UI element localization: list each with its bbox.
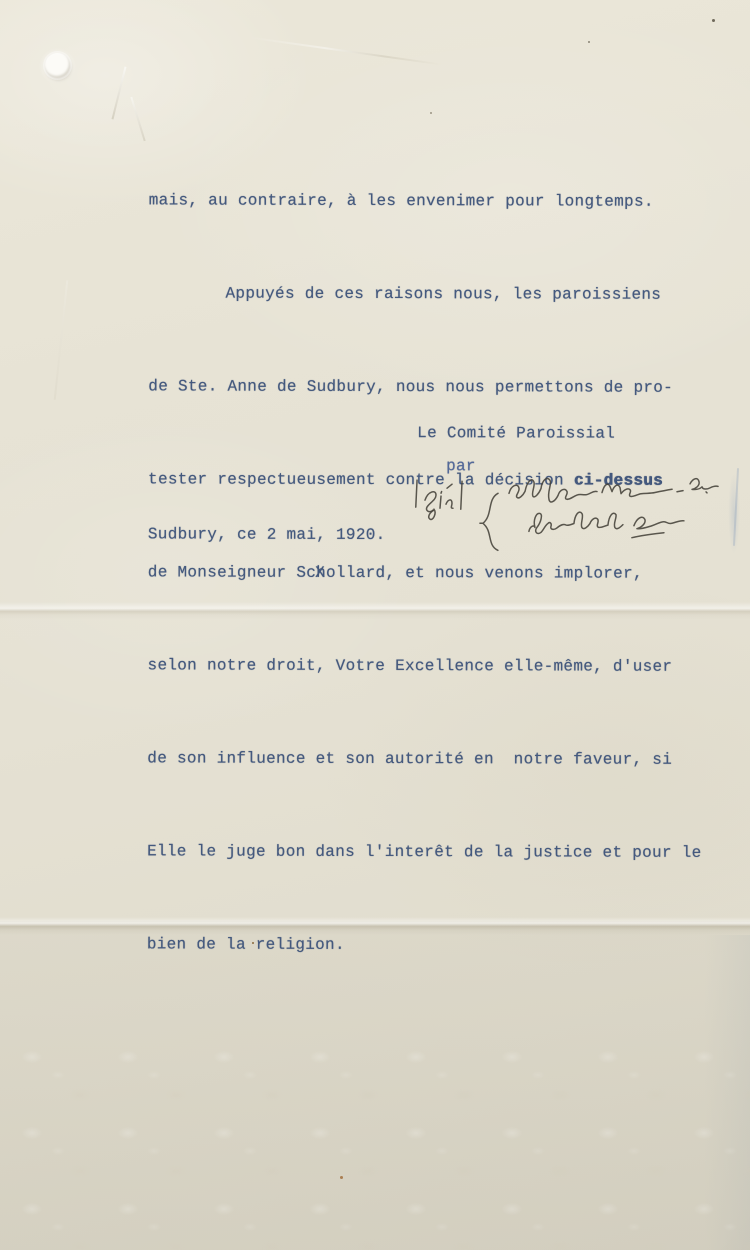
typed-line: Appuyés de ces raisons nous, les paroiss… [148,278,703,310]
typed-line: de Ste. Anne de Sudbury, nous nous perme… [148,371,703,403]
typed-text: ollard, et nous venons implorer, [326,564,643,583]
overstruck-character: hX [316,558,326,589]
typed-line: de Monseigneur SchXollard, et nous venon… [148,557,703,589]
place-date-line: Sudbury, ce 2 mai, 1920. [148,525,386,544]
strike-mark: X [315,558,325,589]
signature-1-scrawl [509,478,718,502]
typed-line: mais, au contraire, à les envenimer pour… [149,185,704,217]
handwritten-signatures [406,453,738,556]
signature-committee-line: Le Comité Paroissial [417,424,615,443]
signature-scrawl [406,453,738,556]
typed-line: selon notre droit, Votre Excellence elle… [148,650,703,682]
brace-scrawl [480,493,498,550]
ink-layer: mais, au contraire, à les envenimer pour… [0,0,750,1250]
typed-line: de son influence et son autorité en notr… [147,743,702,775]
signature-2-scrawl [529,512,684,538]
signed-note-scrawl [416,480,462,519]
letter-page: mais, au contraire, à les envenimer pour… [0,0,750,1250]
typed-line: bien de la religion. [147,929,702,961]
typed-text: de Monseigneur Sc [148,563,316,581]
letter-body: mais, au contraire, à les envenimer pour… [147,123,704,1023]
typed-line: Elle le juge bon dans l'interêt de la ju… [147,836,702,868]
